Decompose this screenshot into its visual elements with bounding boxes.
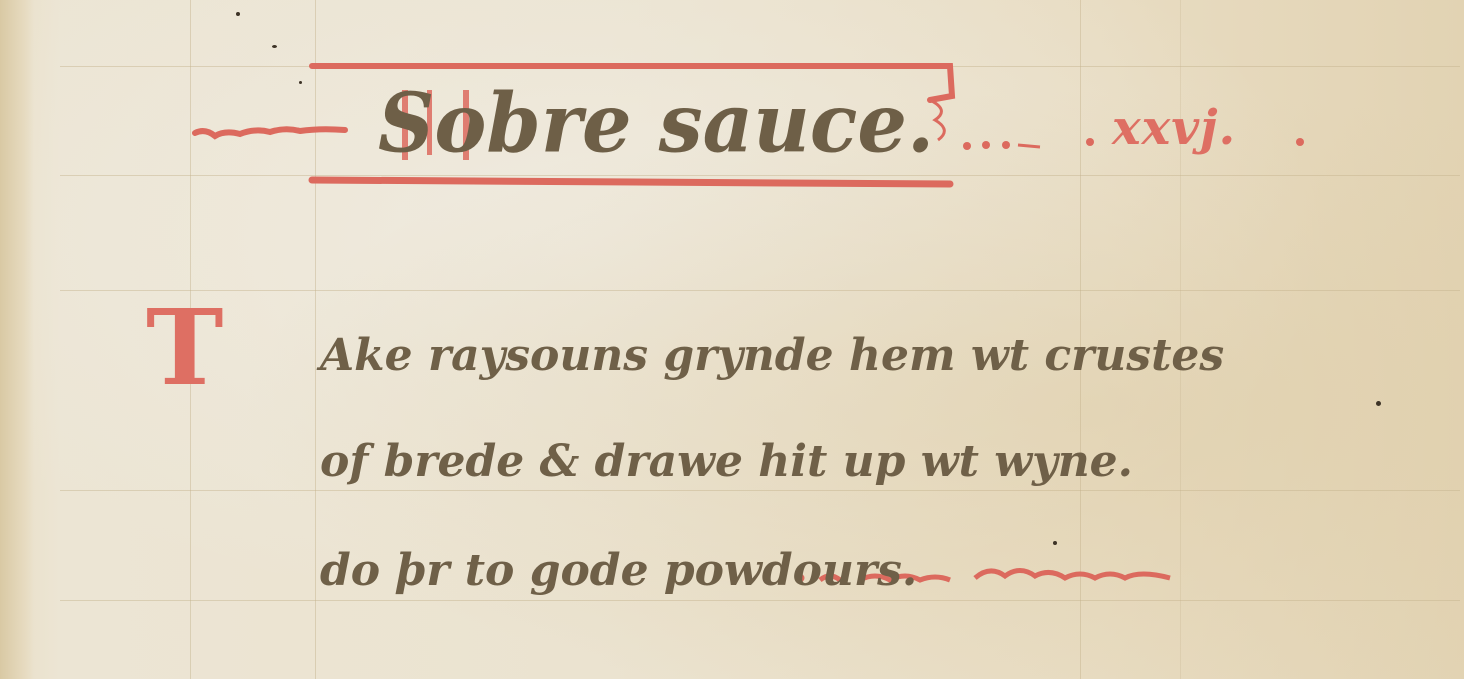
ink-speck bbox=[299, 81, 302, 84]
recipe-line-3: do þr to gode powdours. bbox=[320, 545, 917, 596]
ink-speck bbox=[1053, 541, 1057, 545]
folio-number: xxvj. bbox=[1112, 100, 1236, 156]
ink-speck bbox=[272, 45, 277, 48]
recipe-line-1: Ake raysouns grynde hem wt crustes bbox=[320, 330, 1224, 381]
manuscript-page: Sobre sauce. xxvj. T Ake raysouns grynde… bbox=[0, 0, 1464, 679]
recipe-line-2: of brede & drawe hit up wt wyne. bbox=[320, 436, 1133, 487]
ink-speck bbox=[1376, 401, 1381, 406]
ink-speck bbox=[236, 12, 240, 16]
decorated-initial: T bbox=[146, 286, 224, 409]
recipe-heading: Sobre sauce. bbox=[378, 76, 934, 172]
